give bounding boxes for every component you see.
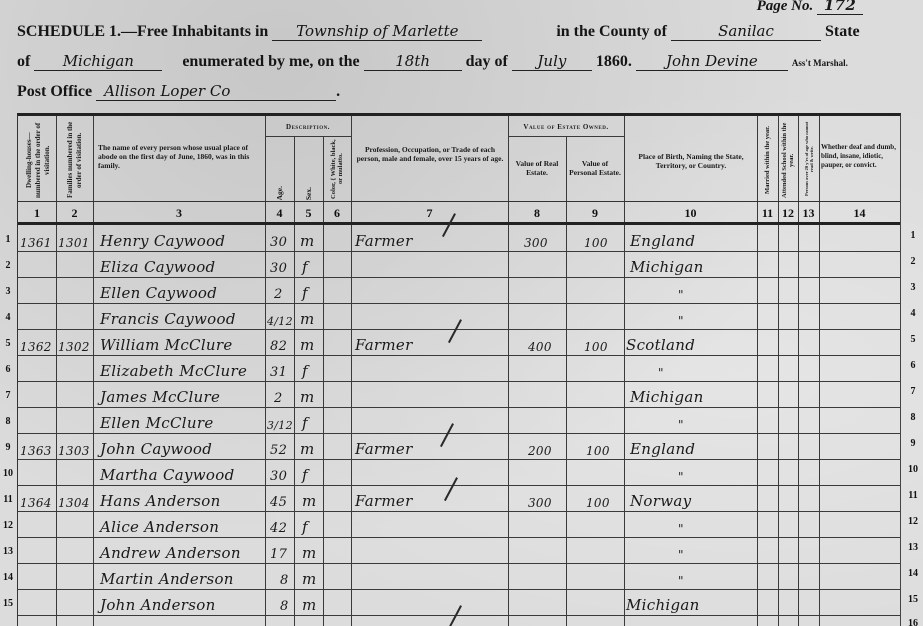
- age: 8: [280, 590, 289, 616]
- marshal-label: Ass't Marshal.: [792, 58, 848, 68]
- line-number: 1: [906, 230, 920, 241]
- schedule-title: SCHEDULE 1.—Free Inhabitants in: [17, 23, 268, 40]
- line-number: 7: [1, 390, 15, 401]
- line-number: 15: [906, 594, 920, 605]
- col-number: 6: [323, 202, 351, 224]
- age: 30: [270, 252, 287, 278]
- col-number: 5: [294, 202, 323, 224]
- line-number: 11: [906, 490, 920, 501]
- page-number-value: 172: [817, 0, 863, 15]
- dwelling-number: 1361: [20, 226, 56, 252]
- col-header-illiterate: Persons over 20 y'rs of age who cannot r…: [798, 118, 819, 200]
- family-number: 1302: [58, 330, 93, 356]
- birthplace: England: [630, 434, 695, 460]
- real-estate-value: 300: [528, 486, 552, 512]
- col-header-real-estate: Value of Real Estate.: [510, 138, 564, 198]
- col-header-occupation: Profession, Occupation, or Trade of each…: [355, 134, 505, 174]
- family-number: 1301: [58, 226, 93, 252]
- line-number: 3: [906, 282, 920, 293]
- col-header-school: Attended School within the year.: [778, 120, 798, 200]
- line-number: 15: [1, 598, 15, 609]
- real-estate-value: 200: [528, 434, 552, 460]
- enumerated-label: enumerated by me, on the: [182, 53, 359, 70]
- person-name: Ellen McClure: [100, 408, 214, 434]
- age: 8: [280, 564, 289, 590]
- col-header-age: Age.: [265, 138, 294, 200]
- person-name: Eliza Caywood: [100, 252, 215, 278]
- census-table: Description. Value of Estate Owned. Dwel…: [17, 113, 901, 626]
- col-number: 10: [624, 202, 757, 224]
- line-number: 8: [906, 412, 920, 423]
- line-number: 7: [906, 386, 920, 397]
- post-office-label: Post Office: [17, 83, 92, 100]
- person-name: James McClure: [100, 382, 220, 408]
- person-name: Andrew Anderson: [100, 538, 241, 564]
- birthplace: ": [678, 564, 684, 590]
- sex: m: [302, 564, 317, 590]
- page-number-label: Page No.: [757, 0, 814, 14]
- township-field: Township of Marlette: [272, 22, 482, 41]
- dwelling-number: 1364: [20, 486, 56, 512]
- birthplace: ": [678, 538, 684, 564]
- check-mark: [440, 423, 454, 447]
- sex: f: [302, 356, 308, 382]
- line-number: 14: [1, 572, 15, 583]
- person-name: John Anderson: [100, 590, 216, 616]
- age: 45: [270, 486, 287, 512]
- line-number: 9: [1, 442, 15, 453]
- marshal-field: John Devine: [636, 52, 788, 71]
- month-field: July: [512, 52, 592, 71]
- col-header-condition: Whether deaf and dumb, blind, insane, id…: [821, 134, 897, 178]
- person-name: Hans Anderson: [100, 486, 221, 512]
- line-number: 10: [1, 468, 15, 479]
- age: 30: [270, 460, 287, 486]
- personal-estate-value: 100: [586, 486, 610, 512]
- sex: m: [300, 434, 315, 460]
- sex: m: [300, 382, 315, 408]
- occupation: Farmer: [355, 434, 413, 460]
- occupation: Farmer: [355, 226, 413, 252]
- line-number: 1: [1, 234, 15, 245]
- line-number: 14: [906, 568, 920, 579]
- person-name: Francis Caywood: [100, 304, 236, 330]
- sex: m: [302, 538, 317, 564]
- line-number: 6: [1, 364, 15, 375]
- person-name: Martin Anderson: [100, 564, 234, 590]
- post-office-line: Post Office Allison Loper Co.: [17, 82, 340, 101]
- dwelling-number: 1362: [20, 330, 56, 356]
- col-header-color: Color, { White, black, or mulatto.: [323, 138, 351, 200]
- personal-estate-value: 100: [584, 226, 608, 252]
- col-header-sex: Sex.: [294, 138, 323, 200]
- birthplace: Norway: [630, 486, 691, 512]
- sex: m: [302, 486, 317, 512]
- col-number: 1: [18, 202, 56, 224]
- birthplace: ": [658, 356, 664, 382]
- day-field: 18th: [364, 52, 462, 71]
- col-header-birthplace: Place of Birth, Naming the State, Territ…: [628, 126, 754, 196]
- age: 2: [274, 278, 283, 304]
- real-estate-value: 300: [524, 226, 548, 252]
- person-name: Martha Caywood: [100, 460, 234, 486]
- line-number: 4: [1, 312, 15, 323]
- col-header-married: Married within the year.: [757, 120, 778, 200]
- personal-estate-value: 100: [584, 330, 608, 356]
- col-number: 2: [56, 202, 93, 224]
- line-number: 2: [1, 260, 15, 271]
- line-number: 2: [906, 256, 920, 267]
- age: 52: [270, 434, 287, 460]
- birthplace: ": [678, 304, 684, 330]
- sex: f: [302, 408, 308, 434]
- line-number: 3: [1, 286, 15, 297]
- sex: m: [300, 330, 315, 356]
- person-name: Ellen Caywood: [100, 278, 217, 304]
- age: 4/12: [267, 304, 293, 330]
- sex: m: [300, 304, 315, 330]
- age: 31: [270, 356, 287, 382]
- col-number: 12: [778, 202, 798, 224]
- age: 3/12: [267, 408, 293, 434]
- col-number: 9: [566, 202, 624, 224]
- line-number: 16: [906, 618, 920, 626]
- col-header-dwelling: Dwelling-houses—numbered in the order of…: [20, 120, 56, 200]
- birthplace: Michigan: [630, 382, 704, 408]
- county-field: Sanilac: [671, 22, 821, 41]
- check-mark: [448, 319, 462, 343]
- col-header-family: Families numbered in the order of visita…: [57, 120, 93, 200]
- group-header-description: Description.: [265, 118, 351, 136]
- col-number: 14: [819, 202, 900, 224]
- birthplace: Michigan: [626, 590, 700, 616]
- sex: m: [302, 590, 317, 616]
- occupation: Farmer: [355, 330, 413, 356]
- line-number: 13: [906, 542, 920, 553]
- sex: f: [302, 512, 308, 538]
- page-number: Page No. 172: [757, 0, 863, 15]
- person-name: William McClure: [100, 330, 233, 356]
- dwelling-number: 1363: [20, 434, 56, 460]
- of-label: of: [17, 53, 30, 70]
- check-mark: [444, 477, 458, 501]
- real-estate-value: 400: [528, 330, 552, 356]
- post-office-field: Allison Loper Co: [96, 82, 336, 101]
- person-name: Alice Anderson: [100, 512, 219, 538]
- sex: m: [300, 226, 315, 252]
- county-label: in the County of: [556, 23, 667, 40]
- col-number: 11: [757, 202, 778, 224]
- line-number: 5: [906, 334, 920, 345]
- birthplace: ": [678, 512, 684, 538]
- person-name: Henry Caywood: [100, 226, 225, 252]
- birthplace: ": [678, 408, 684, 434]
- line-number: 5: [1, 338, 15, 349]
- birthplace: ": [678, 460, 684, 486]
- sex: f: [302, 252, 308, 278]
- year-label: 1860.: [596, 53, 632, 70]
- line-number: 12: [906, 516, 920, 527]
- enumeration-line: of Michigan enumerated by me, on the 18t…: [17, 52, 848, 71]
- age: 2: [274, 382, 283, 408]
- line-number: 12: [1, 520, 15, 531]
- birthplace: ": [678, 278, 684, 304]
- state-field: Michigan: [34, 52, 162, 71]
- line-number: 13: [1, 546, 15, 557]
- line-number: 9: [906, 438, 920, 449]
- col-header-personal-estate: Value of Personal Estate.: [568, 138, 622, 198]
- col-number: 3: [93, 202, 265, 224]
- age: 30: [270, 226, 287, 252]
- occupation: Farmer: [355, 486, 413, 512]
- age: 82: [270, 330, 287, 356]
- line-number: 11: [1, 494, 15, 505]
- col-number: 8: [508, 202, 566, 224]
- schedule-title-line: SCHEDULE 1.—Free Inhabitants in Township…: [17, 22, 860, 41]
- line-number: 10: [906, 464, 920, 475]
- state-label: State: [825, 23, 860, 40]
- line-number: 8: [1, 416, 15, 427]
- birthplace: Michigan: [630, 252, 704, 278]
- personal-estate-value: 100: [586, 434, 610, 460]
- line-number: 4: [906, 308, 920, 319]
- birthplace: Scotland: [626, 330, 695, 356]
- person-name: John Caywood: [100, 434, 212, 460]
- sex: f: [302, 278, 308, 304]
- age: 42: [270, 512, 287, 538]
- group-header-value-of-estate: Value of Estate Owned.: [508, 118, 624, 136]
- col-header-name: The name of every person whose usual pla…: [98, 136, 258, 176]
- birthplace: England: [630, 226, 695, 252]
- col-number: 7: [351, 202, 508, 224]
- age: 17: [270, 538, 287, 564]
- sex: f: [302, 460, 308, 486]
- col-number: 13: [798, 202, 819, 224]
- col-number: 4: [265, 202, 294, 224]
- person-name: Elizabeth McClure: [100, 356, 247, 382]
- day-of-label: day of: [466, 53, 508, 70]
- family-number: 1303: [58, 434, 93, 460]
- family-number: 1304: [58, 486, 93, 512]
- line-number: 6: [906, 360, 920, 371]
